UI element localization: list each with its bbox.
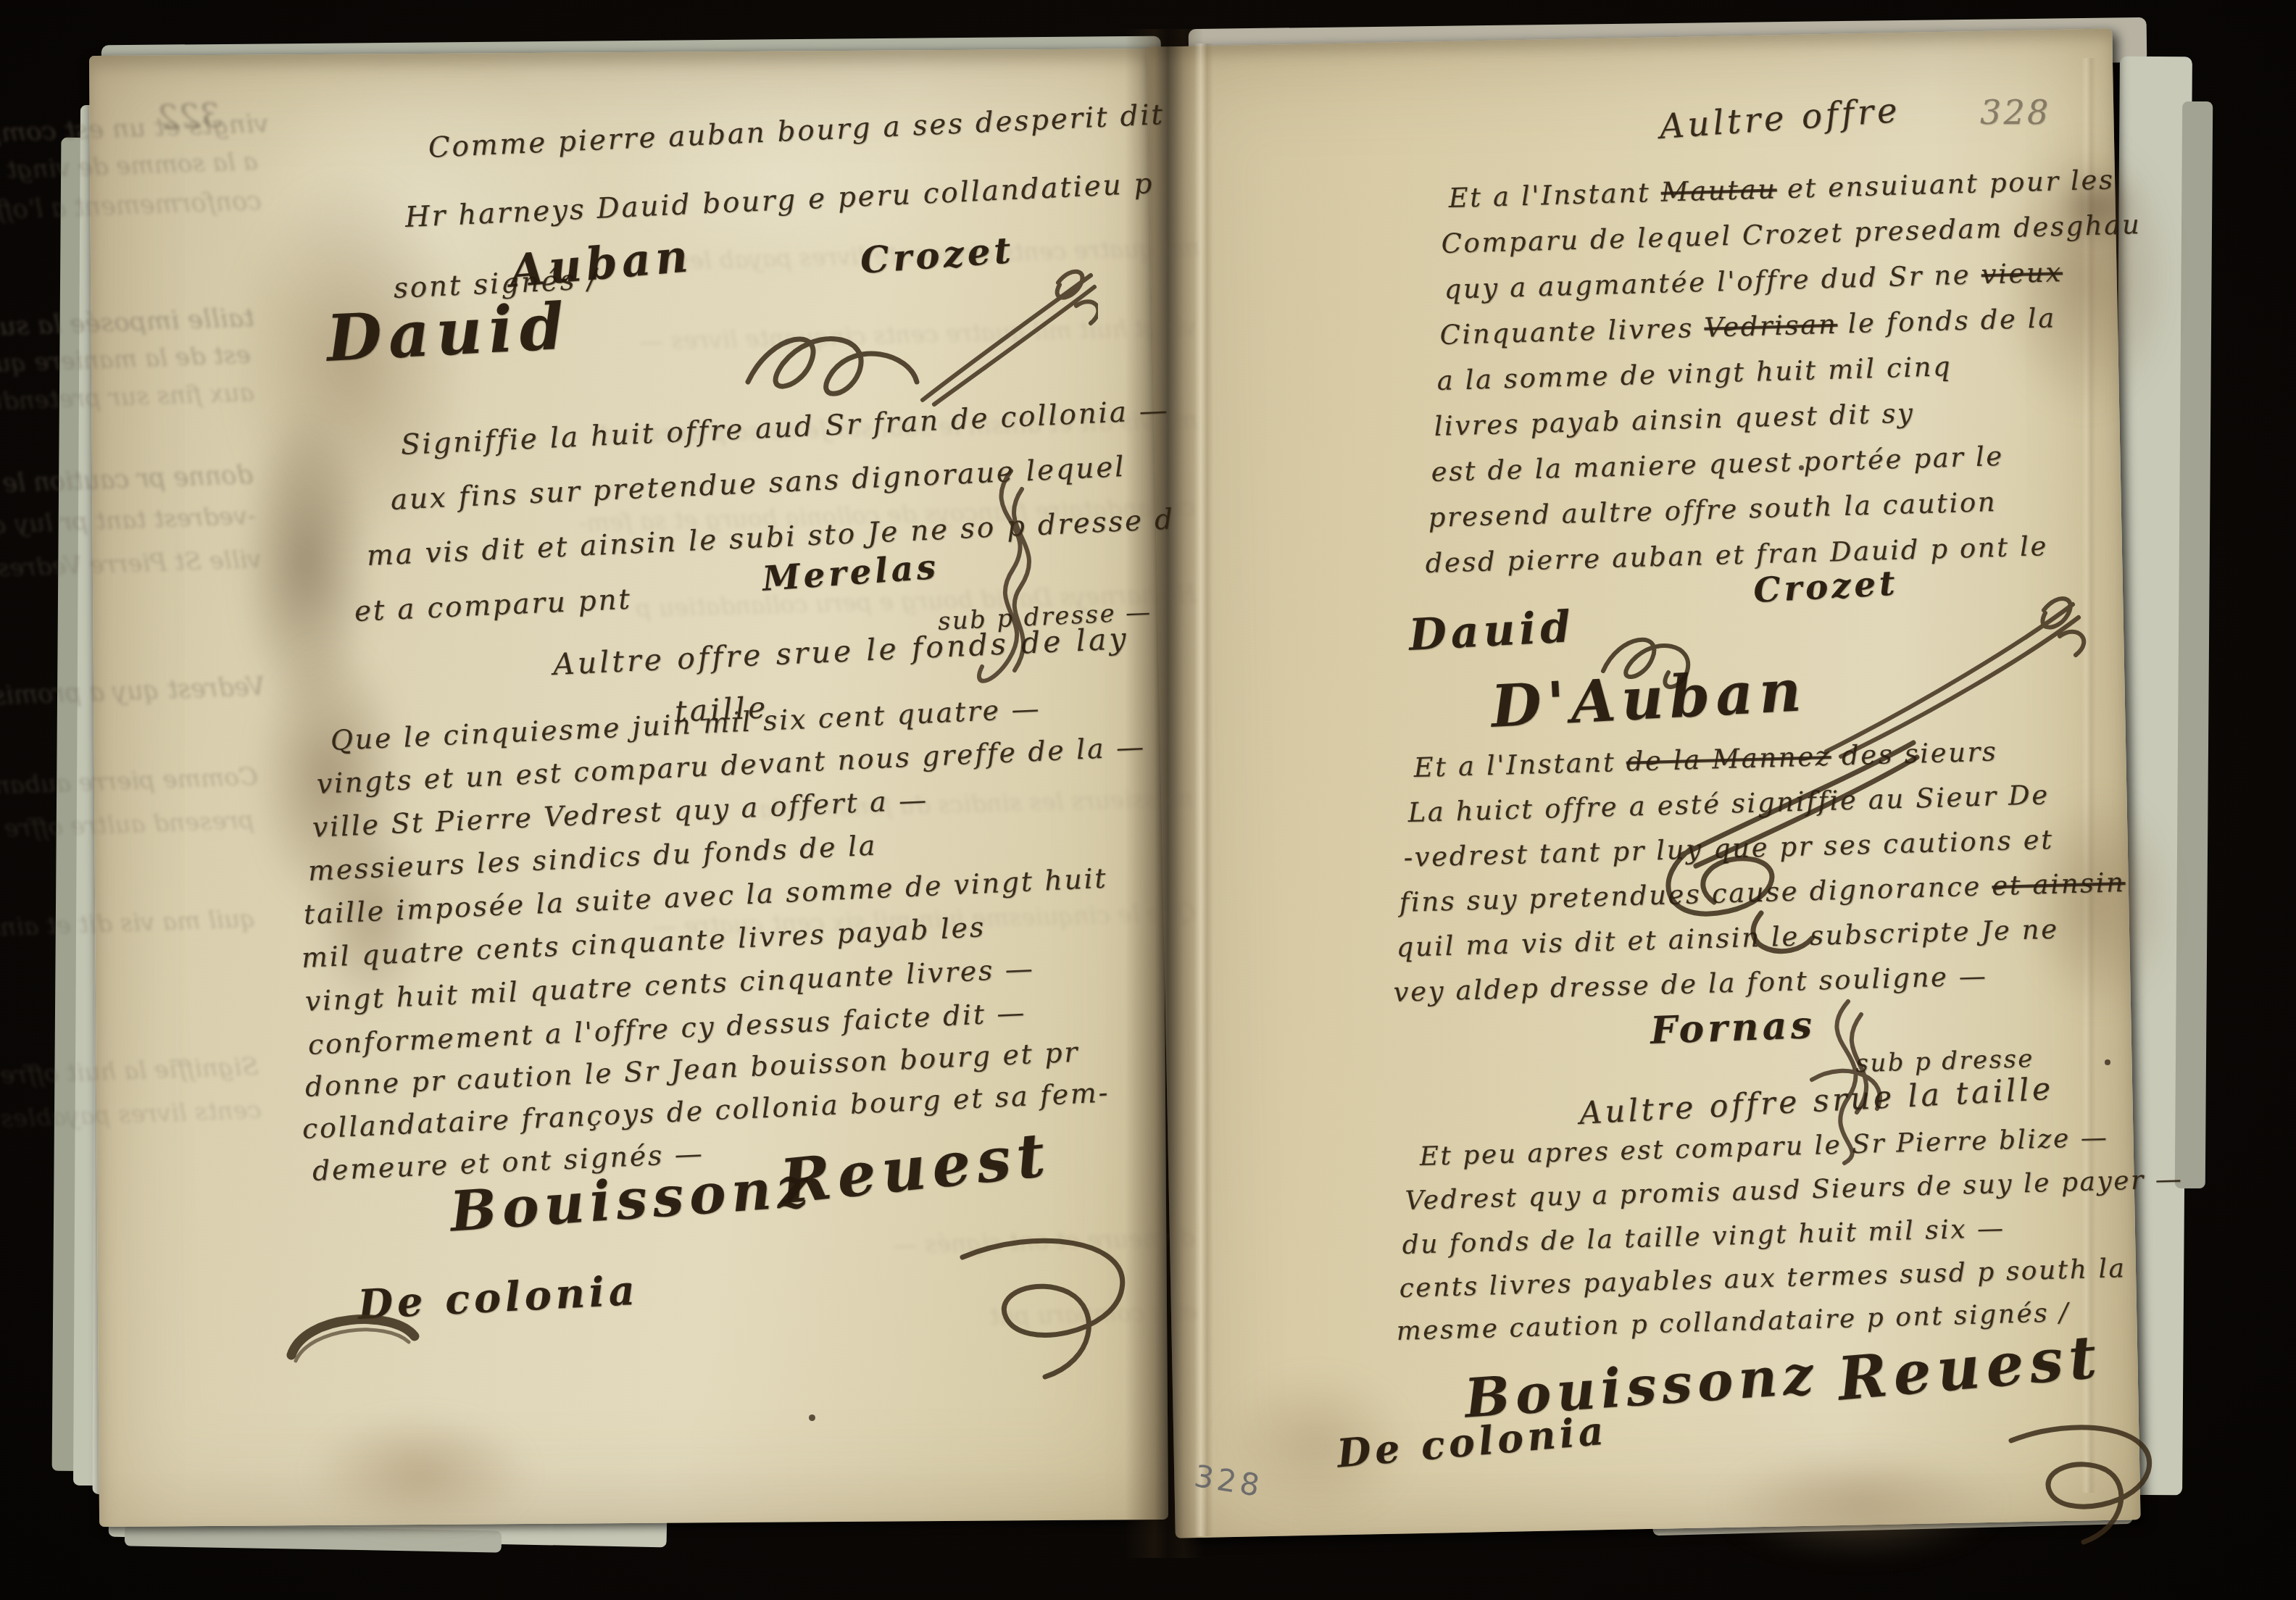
ink-spot [2105, 1059, 2110, 1065]
folio-number: 328 [1980, 93, 2050, 132]
stain [308, 1413, 533, 1533]
line-segment: le fonds de la [1837, 302, 2057, 339]
signature-paraph [949, 1232, 1152, 1391]
struck-text: vieux [1981, 257, 2063, 290]
stain [1718, 1449, 2000, 1558]
struck-text: et ainsin [1992, 867, 2126, 901]
struck-text: de la Mannez [1626, 741, 1831, 778]
signature-paraph [2000, 1419, 2174, 1557]
signature-dauid: Dauid [325, 288, 572, 375]
ink-spot [809, 1414, 815, 1421]
struck-text: Vedrisan [1704, 309, 1838, 343]
line-segment: des sieurs [1831, 736, 1998, 771]
signature-paraph [910, 262, 1098, 414]
line-segment: Et a l'Instant [1413, 746, 1626, 783]
signature-dauid: Dauid [1407, 601, 1576, 661]
ink-stroke [284, 1299, 422, 1378]
struck-text: Mautau [1660, 173, 1777, 207]
line-segment: Et a l'Instant [1448, 177, 1661, 214]
page-crease [1194, 43, 1213, 1536]
manuscript-book-photo: vingts et un est comparu devant nous gre… [0, 0, 2296, 1600]
